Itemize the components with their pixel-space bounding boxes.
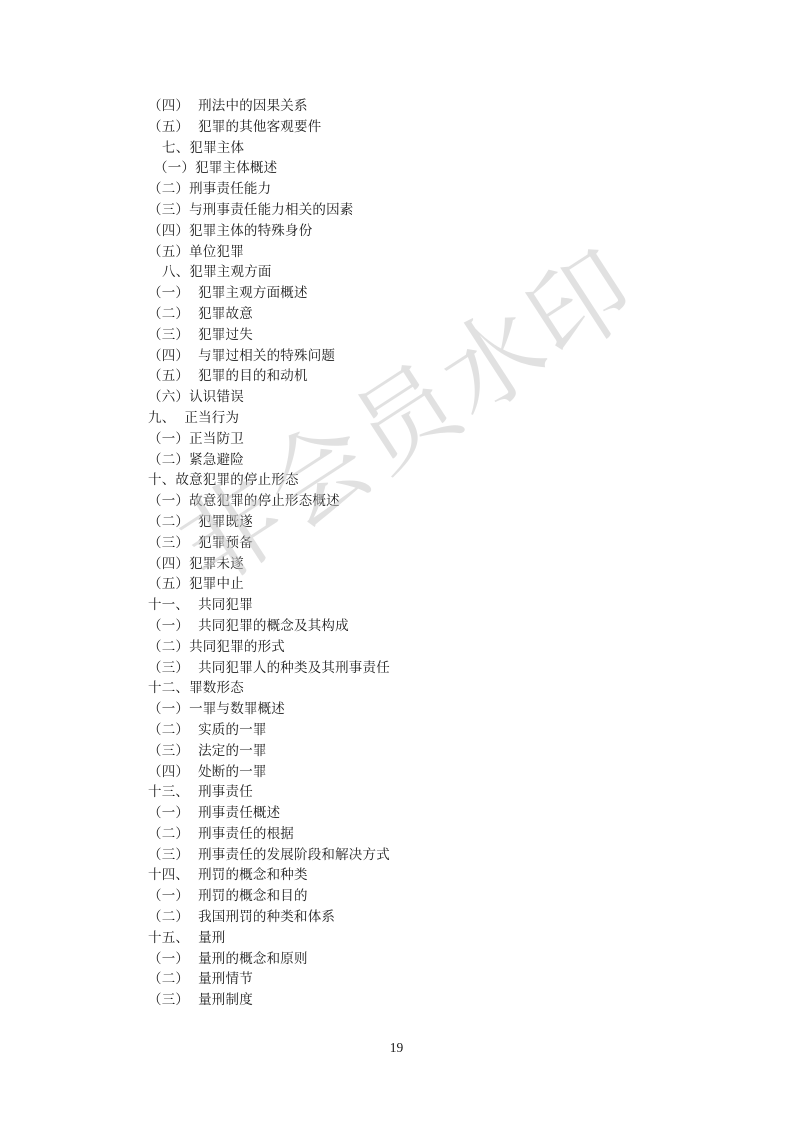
toc-entry-text: 我国刑罚的种类和体系 bbox=[198, 909, 335, 925]
toc-entry-text: 犯罪未遂 bbox=[189, 556, 244, 572]
toc-entry: （六）认识错误 bbox=[148, 387, 390, 408]
toc-entry-text: 认识错误 bbox=[189, 389, 244, 405]
toc-entry-gap bbox=[189, 368, 198, 384]
toc-entry: （五）单位犯罪 bbox=[148, 242, 390, 263]
toc-entry: （一）故意犯罪的停止形态概述 bbox=[148, 491, 390, 512]
toc-entry-gap bbox=[189, 98, 198, 114]
toc-entry-gap bbox=[189, 992, 198, 1008]
toc-entry-marker: （三） bbox=[148, 327, 189, 343]
toc-entry-gap bbox=[189, 847, 198, 863]
toc-entry-marker: （二） bbox=[148, 452, 189, 468]
page-number: 19 bbox=[0, 1040, 793, 1056]
toc-entry: （二） 犯罪既遂 bbox=[148, 512, 390, 533]
toc-entry-gap bbox=[189, 597, 198, 613]
toc-entry: 八、犯罪主观方面 bbox=[148, 262, 390, 283]
toc-entry-gap bbox=[189, 888, 198, 904]
toc-entry-text: 正当防卫 bbox=[189, 431, 244, 447]
toc-entry-text: 刑罚的概念和种类 bbox=[198, 867, 308, 883]
toc-entry: （一） 犯罪主观方面概述 bbox=[148, 283, 390, 304]
toc-entry-text: 一罪与数罪概述 bbox=[189, 701, 285, 717]
toc-entry-text: 犯罪主体的特殊身份 bbox=[189, 223, 312, 239]
toc-entry-marker: （一） bbox=[148, 285, 189, 301]
toc-entry-text: 刑事责任 bbox=[198, 784, 253, 800]
toc-entry-text: 量刑情节 bbox=[198, 971, 253, 987]
toc-entry-text: 犯罪的目的和动机 bbox=[198, 368, 308, 384]
toc-entry: （二）共同犯罪的形式 bbox=[148, 637, 390, 658]
toc-entry: （三） 法定的一罪 bbox=[148, 741, 390, 762]
toc-entry-gap bbox=[189, 805, 198, 821]
toc-entry-marker: 十、 bbox=[148, 472, 175, 488]
toc-entry-text: 犯罪主体 bbox=[189, 140, 244, 156]
toc-entry-text: 刑事责任概述 bbox=[198, 805, 280, 821]
toc-entry: （二） 量刑情节 bbox=[148, 969, 390, 990]
toc-entry-marker: 十三、 bbox=[148, 784, 189, 800]
toc-entry: （一） 刑罚的概念和目的 bbox=[148, 886, 390, 907]
toc-entry-marker: （五） bbox=[148, 576, 189, 592]
toc-entry-marker: （二） bbox=[148, 971, 189, 987]
toc-entry-text: 故意犯罪的停止形态 bbox=[175, 472, 298, 488]
toc-entry-text: 犯罪主观方面概述 bbox=[198, 285, 308, 301]
toc-entry: （三）与刑事责任能力相关的因素 bbox=[148, 200, 390, 221]
toc-entry-gap bbox=[189, 306, 198, 322]
toc-entry-marker: （三） bbox=[148, 992, 189, 1008]
toc-entry-marker: （五） bbox=[148, 119, 189, 135]
toc-entry: （四）犯罪主体的特殊身份 bbox=[148, 221, 390, 242]
toc-entry-marker: （二） bbox=[148, 826, 189, 842]
toc-entry-text: 刑法中的因果关系 bbox=[198, 98, 308, 114]
toc-entry-text: 单位犯罪 bbox=[189, 244, 244, 260]
toc-entry: （三） 量刑制度 bbox=[148, 990, 390, 1011]
toc-entry-text: 刑事责任的发展阶段和解决方式 bbox=[198, 847, 390, 863]
toc-entry-marker: （一） bbox=[154, 160, 195, 176]
toc-entry-marker: （六） bbox=[148, 389, 189, 405]
toc-entry: （二） 刑事责任的根据 bbox=[148, 824, 390, 845]
toc-entry-marker: （二） bbox=[148, 514, 189, 530]
toc-entry-text: 罪数形态 bbox=[189, 680, 244, 696]
document-page: （四） 刑法中的因果关系（五） 犯罪的其他客观要件七、犯罪主体（一）犯罪主体概述… bbox=[0, 0, 793, 1122]
toc-entry: （一）一罪与数罪概述 bbox=[148, 699, 390, 720]
toc-entry-marker: （三） bbox=[148, 743, 189, 759]
toc-entry-marker: 十四、 bbox=[148, 867, 189, 883]
toc-entry-gap bbox=[189, 618, 198, 634]
toc-entry-marker: （二） bbox=[148, 722, 189, 738]
toc-entry-text: 共同犯罪 bbox=[198, 597, 253, 613]
toc-entry: 十五、 量刑 bbox=[148, 928, 390, 949]
toc-entry-text: 刑事责任的根据 bbox=[198, 826, 294, 842]
toc-entry: （二） 犯罪故意 bbox=[148, 304, 390, 325]
toc-entry-text: 犯罪过失 bbox=[198, 327, 253, 343]
toc-entry-marker: 十二、 bbox=[148, 680, 189, 696]
toc-entry-marker: （三） bbox=[148, 535, 189, 551]
toc-entry-marker: （二） bbox=[148, 306, 189, 322]
toc-entry-marker: 十五、 bbox=[148, 930, 189, 946]
toc-entry-marker: （四） bbox=[148, 556, 189, 572]
toc-entry-text: 刑罚的概念和目的 bbox=[198, 888, 308, 904]
toc-entry: （二） 我国刑罚的种类和体系 bbox=[148, 907, 390, 928]
toc-entry: （一） 量刑的概念和原则 bbox=[148, 949, 390, 970]
toc-entry-gap bbox=[189, 722, 198, 738]
toc-entry-gap bbox=[189, 909, 198, 925]
toc-entry-marker: （五） bbox=[148, 244, 189, 260]
toc-entry-marker: （三） bbox=[148, 660, 189, 676]
toc-entry-marker: （二） bbox=[148, 909, 189, 925]
toc-entry: 七、犯罪主体 bbox=[148, 138, 390, 159]
toc-entry-text: 量刑 bbox=[198, 930, 225, 946]
toc-entry-text: 犯罪预备 bbox=[198, 535, 253, 551]
toc-entry-text: 犯罪的其他客观要件 bbox=[198, 119, 321, 135]
toc-entry: 十二、罪数形态 bbox=[148, 678, 390, 699]
toc-entry: （三） 犯罪过失 bbox=[148, 325, 390, 346]
toc-entry-text: 正当行为 bbox=[184, 410, 239, 426]
toc-entry-gap bbox=[189, 535, 198, 551]
toc-entry-marker: （四） bbox=[148, 98, 189, 114]
toc-entry: （四） 刑法中的因果关系 bbox=[148, 96, 390, 117]
toc-entry-text: 实质的一罪 bbox=[198, 722, 267, 738]
toc-entry-text: 共同犯罪的形式 bbox=[189, 639, 285, 655]
toc-entry-marker: （一） bbox=[148, 805, 189, 821]
table-of-contents: （四） 刑法中的因果关系（五） 犯罪的其他客观要件七、犯罪主体（一）犯罪主体概述… bbox=[148, 96, 390, 1011]
toc-entry-marker: 十一、 bbox=[148, 597, 189, 613]
toc-entry-text: 犯罪主观方面 bbox=[189, 264, 271, 280]
toc-entry-gap bbox=[189, 348, 198, 364]
toc-entry-marker: （三） bbox=[148, 202, 189, 218]
toc-entry-gap bbox=[189, 119, 198, 135]
toc-entry-gap bbox=[189, 951, 198, 967]
toc-entry-marker: （一） bbox=[148, 701, 189, 717]
toc-entry: 十一、 共同犯罪 bbox=[148, 595, 390, 616]
toc-entry-gap bbox=[189, 514, 198, 530]
toc-entry: （二）刑事责任能力 bbox=[148, 179, 390, 200]
toc-entry-marker: （一） bbox=[148, 493, 189, 509]
toc-entry-text: 与罪过相关的特殊问题 bbox=[198, 348, 335, 364]
toc-entry: （四） 与罪过相关的特殊问题 bbox=[148, 346, 390, 367]
toc-entry-gap bbox=[189, 327, 198, 343]
toc-entry-gap bbox=[189, 764, 198, 780]
toc-entry-text: 量刑制度 bbox=[198, 992, 253, 1008]
toc-entry: （一） 刑事责任概述 bbox=[148, 803, 390, 824]
toc-entry-text: 刑事责任能力 bbox=[189, 181, 271, 197]
toc-entry: （五） 犯罪的其他客观要件 bbox=[148, 117, 390, 138]
toc-entry-marker: （一） bbox=[148, 431, 189, 447]
toc-entry-text: 犯罪主体概述 bbox=[195, 160, 277, 176]
toc-entry-marker: （五） bbox=[148, 368, 189, 384]
toc-entry-gap bbox=[189, 826, 198, 842]
toc-entry: （三） 犯罪预备 bbox=[148, 533, 390, 554]
toc-entry-text: 犯罪故意 bbox=[198, 306, 253, 322]
toc-entry: 十四、 刑罚的概念和种类 bbox=[148, 865, 390, 886]
toc-entry-gap bbox=[189, 285, 198, 301]
toc-entry: （四） 处断的一罪 bbox=[148, 762, 390, 783]
toc-entry-marker: （一） bbox=[148, 888, 189, 904]
toc-entry-marker: （二） bbox=[148, 639, 189, 655]
toc-entry-text: 量刑的概念和原则 bbox=[198, 951, 308, 967]
toc-entry: 十三、 刑事责任 bbox=[148, 782, 390, 803]
toc-entry-text: 紧急避险 bbox=[189, 452, 244, 468]
toc-entry-text: 与刑事责任能力相关的因素 bbox=[189, 202, 353, 218]
toc-entry: （四）犯罪未遂 bbox=[148, 554, 390, 575]
toc-entry-marker: 八、 bbox=[162, 264, 189, 280]
toc-entry-text: 犯罪中止 bbox=[189, 576, 244, 592]
toc-entry: 九、 正当行为 bbox=[148, 408, 390, 429]
toc-entry-gap bbox=[189, 867, 198, 883]
toc-entry: （五）犯罪中止 bbox=[148, 574, 390, 595]
toc-entry-marker: （四） bbox=[148, 764, 189, 780]
toc-entry-text: 处断的一罪 bbox=[198, 764, 267, 780]
toc-entry-text: 犯罪既遂 bbox=[198, 514, 253, 530]
toc-entry-text: 共同犯罪的概念及其构成 bbox=[198, 618, 349, 634]
toc-entry-marker: （一） bbox=[148, 618, 189, 634]
toc-entry: 十、故意犯罪的停止形态 bbox=[148, 470, 390, 491]
toc-entry-marker: （四） bbox=[148, 223, 189, 239]
toc-entry-marker: （三） bbox=[148, 847, 189, 863]
toc-entry: （三） 刑事责任的发展阶段和解决方式 bbox=[148, 845, 390, 866]
toc-entry: （一）正当防卫 bbox=[148, 429, 390, 450]
toc-entry: （一） 共同犯罪的概念及其构成 bbox=[148, 616, 390, 637]
toc-entry-gap bbox=[189, 971, 198, 987]
toc-entry-marker: （四） bbox=[148, 348, 189, 364]
toc-entry: （二）紧急避险 bbox=[148, 450, 390, 471]
toc-entry: （五） 犯罪的目的和动机 bbox=[148, 366, 390, 387]
toc-entry-text: 共同犯罪人的种类及其刑事责任 bbox=[198, 660, 390, 676]
toc-entry-gap bbox=[189, 743, 198, 759]
toc-entry-marker: （二） bbox=[148, 181, 189, 197]
toc-entry-marker: （一） bbox=[148, 951, 189, 967]
toc-entry-text: 法定的一罪 bbox=[198, 743, 267, 759]
toc-entry-gap bbox=[189, 930, 198, 946]
toc-entry-text: 故意犯罪的停止形态概述 bbox=[189, 493, 340, 509]
toc-entry-marker: 七、 bbox=[162, 140, 189, 156]
toc-entry-gap bbox=[189, 784, 198, 800]
toc-entry: （二） 实质的一罪 bbox=[148, 720, 390, 741]
toc-entry-gap bbox=[189, 660, 198, 676]
toc-entry: （三） 共同犯罪人的种类及其刑事责任 bbox=[148, 658, 390, 679]
toc-entry: （一）犯罪主体概述 bbox=[148, 158, 390, 179]
toc-entry-marker: 九、 bbox=[148, 410, 175, 426]
